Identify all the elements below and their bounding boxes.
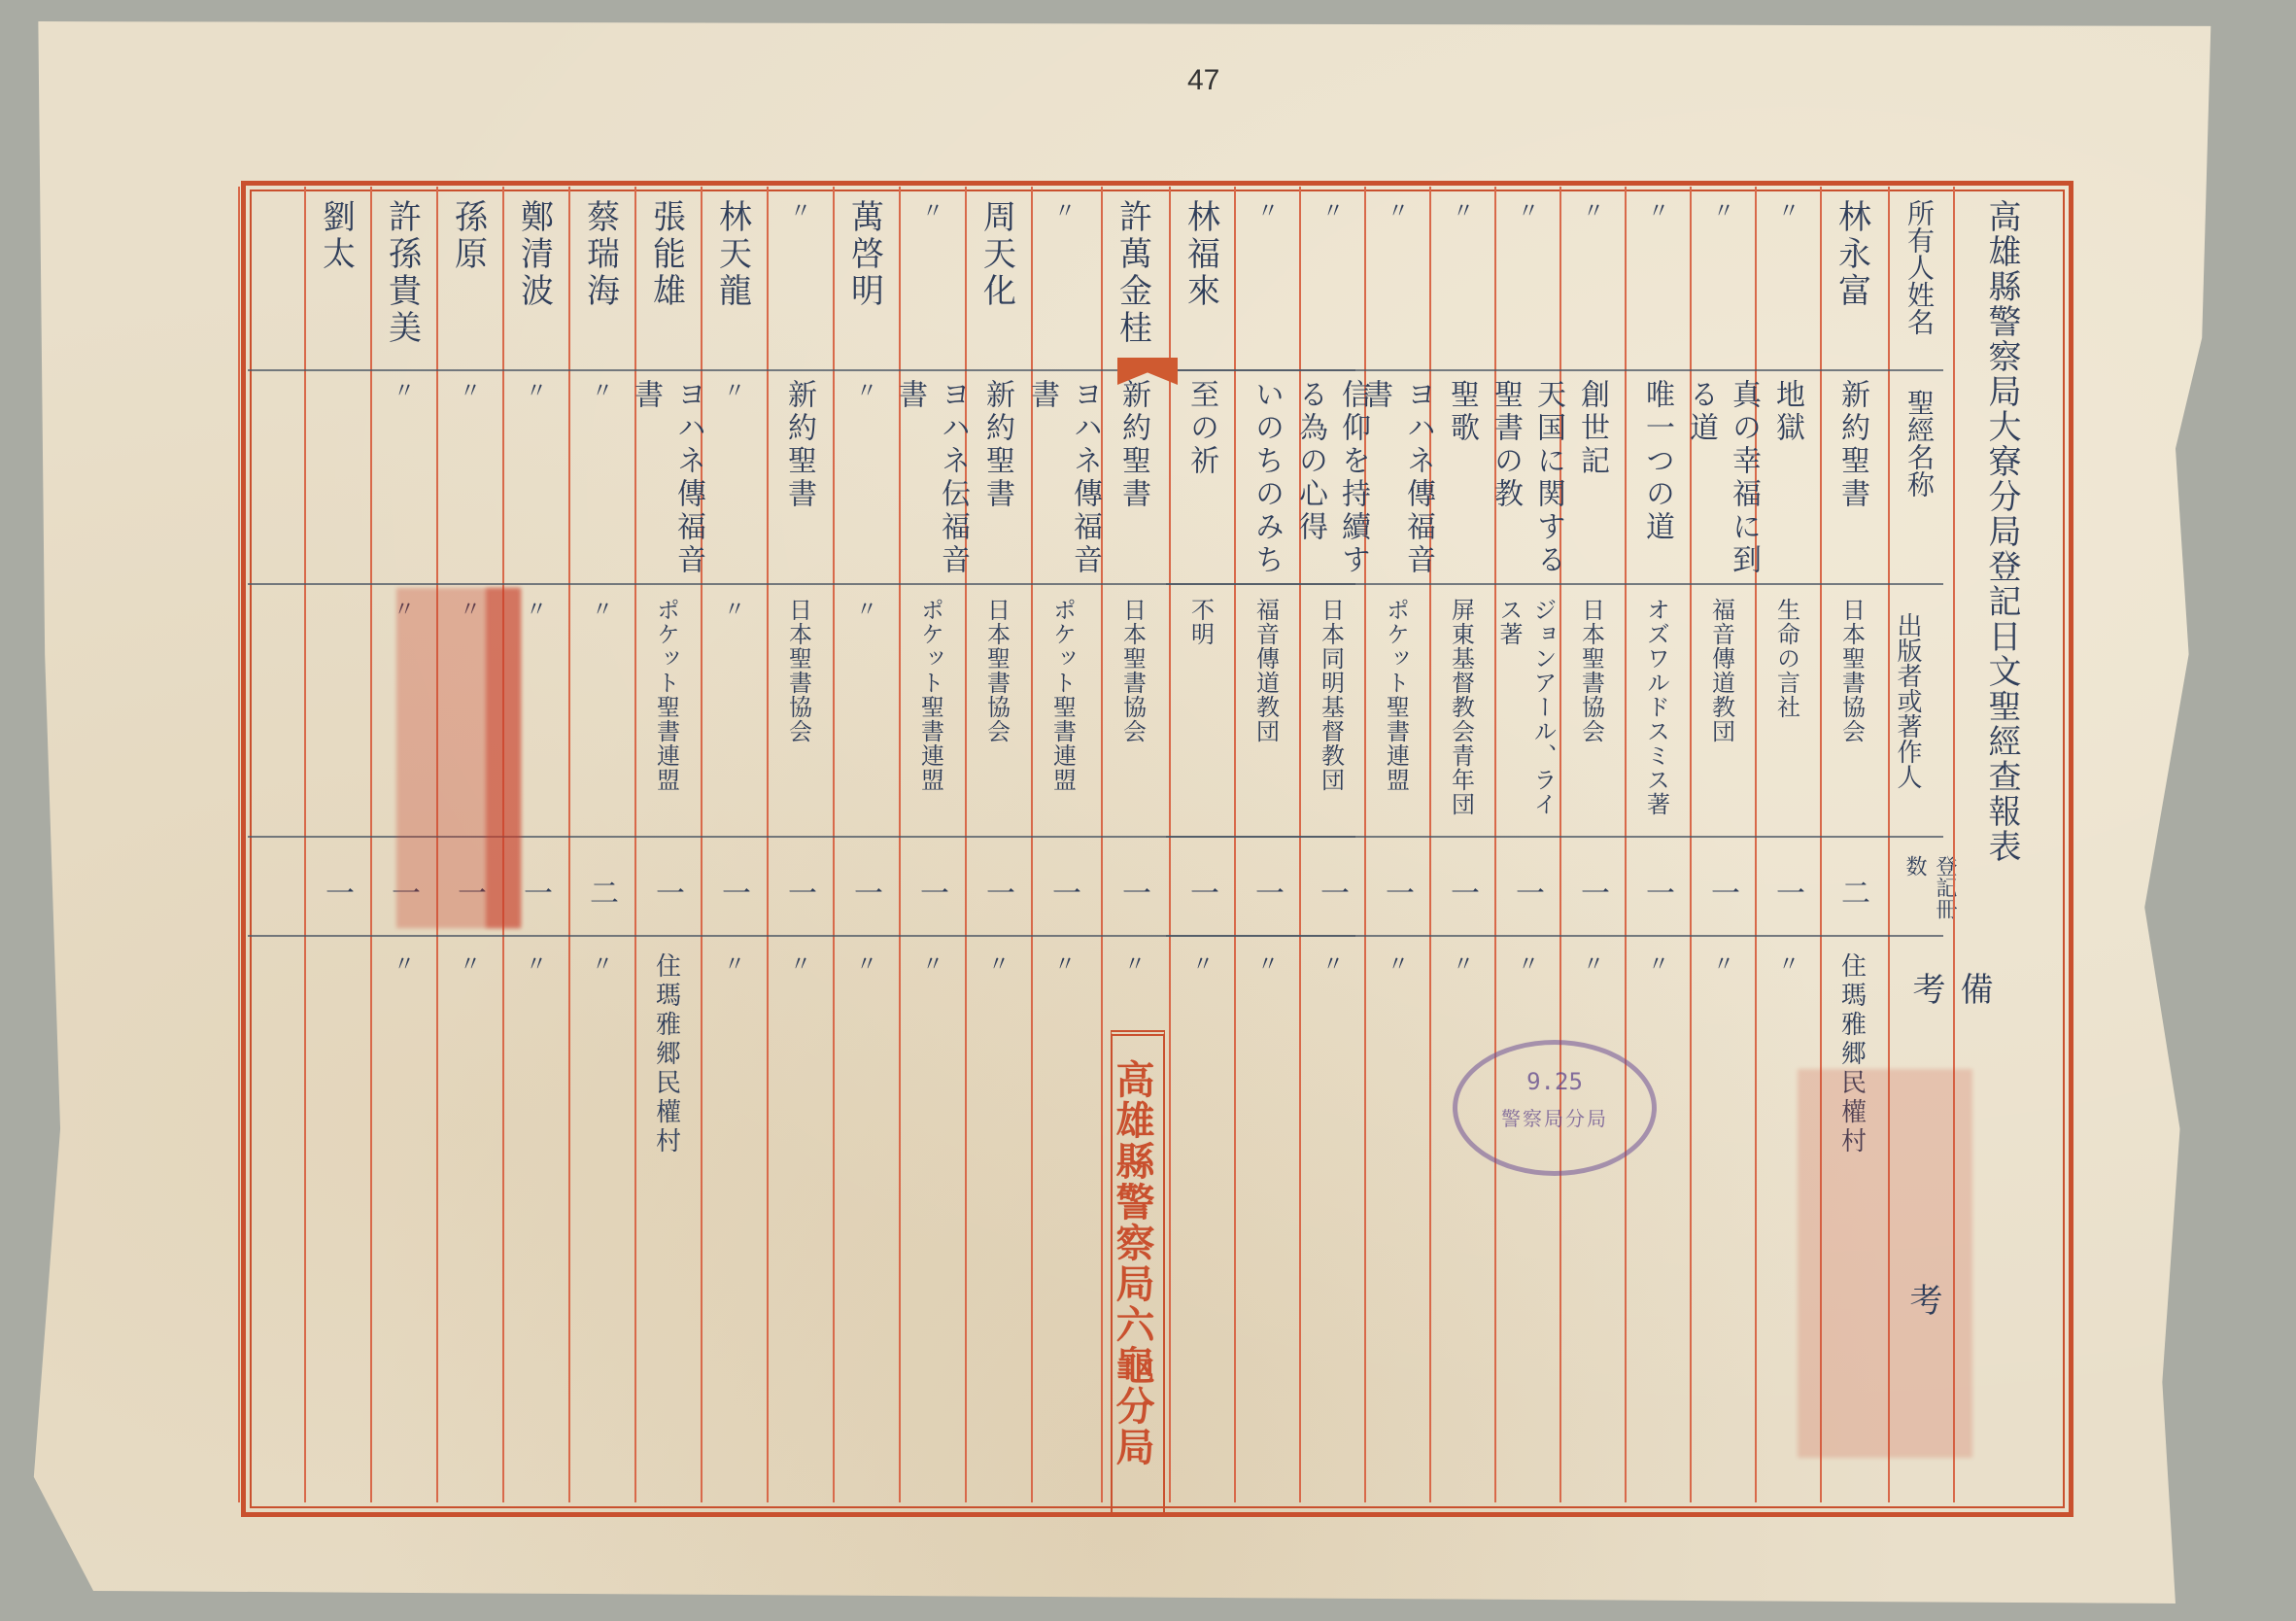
row-publisher: 日本聖書協会: [1106, 598, 1160, 831]
row-title: 〃: [573, 379, 628, 578]
row-remark: 〃: [1036, 952, 1090, 1244]
row-publisher: [309, 598, 363, 831]
row-publisher: 〃: [838, 598, 892, 831]
column-rule: [767, 187, 769, 1502]
row-remark: 〃: [573, 952, 628, 1244]
header-bible-name: 聖經名称: [1900, 389, 1938, 583]
row-count: 一: [970, 865, 1024, 923]
row-count: 一: [1304, 865, 1358, 923]
row-title: 聖歌: [1434, 379, 1489, 578]
row-title: 新約聖書: [771, 379, 826, 578]
column-rule: [1625, 187, 1627, 1502]
row-count: 一: [904, 865, 958, 923]
row-title: ヨハネ傳福音書: [639, 379, 694, 578]
row-remark: 〃: [838, 952, 892, 1244]
red-seal-mark: [1798, 1069, 1972, 1458]
row-remark: 〃: [970, 952, 1024, 1244]
row-rule: [1166, 935, 1943, 937]
column-rule: [1234, 187, 1236, 1502]
row-title: ヨハネ傳福音書: [1036, 379, 1090, 578]
row-owner: 〃: [1629, 199, 1684, 364]
stamp-date: 9.25: [1457, 1068, 1652, 1095]
row-publisher: 日本聖書協会: [1825, 598, 1879, 831]
form-title: 高雄縣警察局大寮分局登記日文聖經查報表: [1977, 199, 2026, 879]
row-rule: [1166, 369, 1943, 371]
row-owner: 〃: [1369, 199, 1423, 364]
row-count: 一: [639, 865, 694, 923]
row-title: 信仰を持續する為の心得: [1304, 379, 1358, 578]
row-owner: 〃: [1695, 199, 1749, 364]
header-count: 登記冊数: [1900, 855, 1960, 933]
row-publisher: オズワルドスミス著: [1629, 598, 1684, 831]
row-count: 一: [1760, 865, 1814, 923]
row-remark: 〃: [1174, 952, 1228, 1244]
row-title: ヨハネ伝福音書: [904, 379, 958, 578]
row-count: 一: [1564, 865, 1619, 923]
row-publisher: 日本聖書協会: [771, 598, 826, 831]
row-owner: 林永富: [1825, 199, 1879, 364]
remark-extra: 考: [1900, 1283, 1947, 1341]
row-publisher: ポケット聖書連盟: [1036, 598, 1090, 831]
row-remark: 住瑪雅郷民權村: [639, 952, 694, 1244]
row-owner: 〃: [771, 199, 826, 364]
row-remark: 〃: [1369, 952, 1423, 1244]
row-title: 地獄: [1760, 379, 1814, 578]
registration-stamp: 9.25 警察局分局: [1453, 1040, 1657, 1176]
row-owner: 孫原: [441, 199, 496, 364]
row-count: 一: [1036, 865, 1090, 923]
row-remark: 〃: [441, 952, 496, 1244]
row-rule: [1166, 836, 1943, 838]
row-count: 一: [1434, 865, 1489, 923]
row-publisher: ジョンアール、ライス著: [1499, 598, 1554, 831]
row-rule: [1166, 583, 1943, 585]
row-count: 一: [705, 865, 760, 923]
row-publisher: 屏東基督教会青年団: [1434, 598, 1489, 831]
row-publisher: ポケット聖書連盟: [639, 598, 694, 831]
row-publisher: ポケット聖書連盟: [904, 598, 958, 831]
row-title: 新約聖書: [970, 379, 1024, 578]
row-remark: 〃: [705, 952, 760, 1244]
printed-office-name: 高雄縣警察局六龜分局: [1115, 1059, 1160, 1497]
row-owner: 〃: [1239, 199, 1293, 364]
row-publisher: 福音傳道教団: [1695, 598, 1749, 831]
row-title: 天国に関する聖書の教: [1499, 379, 1554, 578]
row-title: ヨハネ傳福音書: [1369, 379, 1423, 578]
row-count: 一: [1499, 865, 1554, 923]
row-owner: 〃: [1760, 199, 1814, 364]
red-seal-mark: [486, 588, 521, 928]
row-owner: 〃: [1564, 199, 1619, 364]
row-owner: 〃: [1434, 199, 1489, 364]
row-publisher: ポケット聖書連盟: [1369, 598, 1423, 831]
row-publisher: 生命の言社: [1760, 598, 1814, 831]
row-owner: 〃: [1304, 199, 1358, 364]
page-number: 47: [1187, 64, 1219, 97]
row-owner: 〃: [1036, 199, 1090, 364]
row-publisher: 福音傳道教団: [1239, 598, 1293, 831]
row-count: 一: [1174, 865, 1228, 923]
column-rule: [1169, 187, 1171, 1502]
row-owner: 鄭清波: [507, 199, 562, 364]
column-rule: [238, 187, 240, 1502]
row-title: 〃: [375, 379, 429, 578]
column-rule: [833, 187, 835, 1502]
row-count: 二: [573, 865, 628, 923]
row-remark: 〃: [1304, 952, 1358, 1244]
row-owner: 許孫貴美: [375, 199, 429, 364]
row-remark: 〃: [507, 952, 562, 1244]
row-title: 〃: [838, 379, 892, 578]
row-title: [309, 379, 363, 578]
row-count: 一: [309, 865, 363, 923]
row-remark: 〃: [904, 952, 958, 1244]
row-owner: 林天龍: [705, 199, 760, 364]
header-owner: 所有人姓名: [1900, 199, 1938, 364]
row-owner: 萬啓明: [838, 199, 892, 364]
row-title: 〃: [705, 379, 760, 578]
row-remark: 〃: [771, 952, 826, 1244]
row-count: 一: [1629, 865, 1684, 923]
row-owner: 張能雄: [639, 199, 694, 364]
row-publisher: 日本同明基督教団: [1304, 598, 1358, 831]
row-count: 一: [1239, 865, 1293, 923]
row-title: 〃: [507, 379, 562, 578]
row-owner: 蔡瑞海: [573, 199, 628, 364]
stamp-org: 警察局分局: [1457, 1103, 1652, 1131]
row-owner: 劉太: [309, 199, 363, 364]
row-publisher: 〃: [705, 598, 760, 831]
column-rule: [568, 187, 570, 1502]
row-title: 至の祈: [1174, 379, 1228, 578]
row-count: 一: [771, 865, 826, 923]
row-owner: 〃: [904, 199, 958, 364]
header-publisher: 出版者或著作人: [1890, 612, 1926, 826]
column-rule: [370, 187, 372, 1502]
row-title: 唯一つの道: [1629, 379, 1684, 578]
row-title: 創世記: [1564, 379, 1619, 578]
row-publisher: 〃: [573, 598, 628, 831]
row-owner: 〃: [1499, 199, 1554, 364]
row-remark: 〃: [1695, 952, 1749, 1244]
row-owner: 林福來: [1174, 199, 1228, 364]
row-count: 一: [1369, 865, 1423, 923]
row-publisher: 日本聖書協会: [970, 598, 1024, 831]
row-count: 一: [838, 865, 892, 923]
row-title: 〃: [441, 379, 496, 578]
row-remark: 〃: [1239, 952, 1293, 1244]
row-count: 一: [1695, 865, 1749, 923]
row-count: 一: [1106, 865, 1160, 923]
row-remark: [309, 952, 363, 1244]
column-rule: [304, 187, 306, 1502]
row-owner: 周天化: [970, 199, 1024, 364]
row-publisher: 日本聖書協会: [1564, 598, 1619, 831]
row-publisher: 不明: [1174, 598, 1228, 831]
row-count: 二: [1825, 865, 1879, 923]
row-remark: 〃: [375, 952, 429, 1244]
row-title: 新約聖書: [1106, 379, 1160, 578]
row-title: いのちのみち: [1239, 379, 1293, 578]
row-title: 新約聖書: [1825, 379, 1879, 578]
row-owner: 許萬金桂: [1106, 199, 1160, 364]
row-title: 真の幸福に到る道: [1695, 379, 1749, 578]
